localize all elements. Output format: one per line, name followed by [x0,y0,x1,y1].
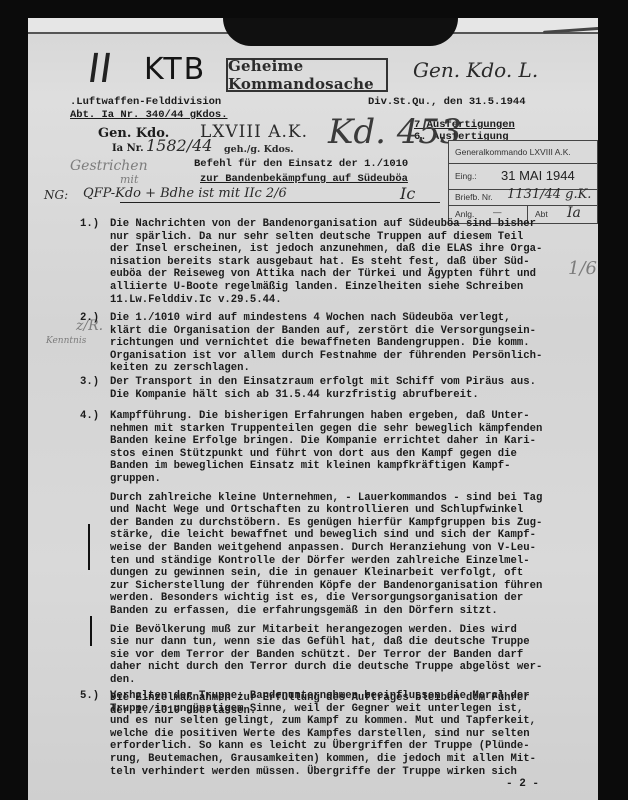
handwritten-margin-ref: NG: [44,188,68,202]
text-line: euböa der Reiseweg von Attika nach der T… [110,268,598,281]
paragraph-number: 1.) [80,218,99,231]
text-line: der Insel erscheinen, ist jedoch anzuneh… [110,243,598,256]
text-line: Banden im beweglichen Einsatz mit kleine… [110,460,598,473]
text-line: zur Sicherstellung der führenden Köpfe d… [110,580,598,593]
text-line: nisation bereits stark ausgebaut hat. Es… [110,256,598,269]
paragraph-4: 4.) Kampfführung. Die bisherigen Erfahru… [110,410,598,718]
handwritten-ic-mark: Ic [400,184,415,203]
text-line: und Nacht Wege und Ortschaften zu kontro… [110,504,598,517]
text-line: Die Kompanie hält sich ab 31.5.44 kurzfr… [110,389,598,402]
receipt-stamp-title: Generalkommando LXVIII A.K. [455,147,571,157]
text-line: welche die positiven Werte des Kampfes d… [110,728,598,741]
receipt-briefb-label: Briefb. Nr. [455,192,493,202]
text-line: erforderlich. So kann es leicht zu Überg… [110,740,598,753]
margin-bracket [90,616,92,646]
divider-line [120,202,440,203]
unit-reference: Abt. Ia Nr. 340/44 gKdos. [70,109,228,122]
handwritten-gen-kdo: Gen. Kdo. L. [413,58,538,82]
receipt-eing-date: 31 MAI 1944 [501,168,575,183]
text-line: Der Transport in den Einsatzraum erfolgt… [110,376,598,389]
text-line: 11.Lw.Felddiv.Ic v.29.5.44. [110,294,598,307]
text-line: nehmen mit starken Truppenteilen gegen d… [110,423,598,436]
handwritten-tally-marks: II [85,46,115,92]
text-line: dungen zu gewinnen sein, die in genauer … [110,567,598,580]
text-line: keiten zu zerschlagen. [110,362,598,375]
receipt-stamp: Generalkommando LXVIII A.K. Eing.: 31 MA… [448,140,598,224]
paragraph-3: 3.) Der Transport in den Einsatzraum erf… [110,376,598,401]
text-line: teln verhindert werden müssen. Übergriff… [110,766,598,779]
receipt-anlg-value: — [493,207,502,217]
text-line: Die Nachrichten von der Bandenorganisati… [110,218,598,231]
text-line: klärt die Organisation der Banden auf, z… [110,325,598,338]
text-line: Kampfführung. Die bisherigen Erfahrungen… [110,410,598,423]
paragraph-number: 2.) [80,312,99,325]
text-line: sie nur dann tun, wenn sie das Gefühl ha… [110,636,598,649]
text-line: Durch zahlreiche kleine Unternehmen, - L… [110,492,598,505]
text-line: den. [110,674,598,687]
paragraph-number: 4.) [80,410,99,423]
order-title-line-2: zur Bandenbekämpfung auf Südeuböa [200,173,408,186]
handwritten-ktb: KTB [144,52,206,87]
handwritten-ia-number: 1582/44 [146,136,212,155]
page-number: - 2 - [506,778,539,790]
text-line: Organisation ist vor allem durch Festnah… [110,350,598,363]
paragraph-5: 5.) Verhalten der Truppe: Bandenunterneh… [110,690,598,778]
paragraph-number: 3.) [80,376,99,389]
text-line: weise der Banden weitgehend anpassen. Du… [110,542,598,555]
handwritten-qfp-note: QFP-Kdo + Bdhe ist mit IIc 2/6 [83,186,287,201]
text-line: Banden keine Erfolge bringen. Die Kompan… [110,435,598,448]
text-line: Banden zu erfassen, die erfahrungsgemäß … [110,605,598,618]
handwritten-margin-note: Gestrichen [70,158,148,174]
corps-name: LXVIII A.K. [200,122,308,142]
handwritten-side-mark-2: Kenntnis [46,336,86,346]
paragraph-number: 5.) [80,690,99,703]
text-line: Truppe in ungünstigem Sinne, weil der Ge… [110,703,598,716]
text-line: Die Bevölkerung muß zur Mitarbeit herang… [110,624,598,637]
ia-nr-label: Ia Nr. [112,143,144,154]
text-line: gruppen. [110,473,598,486]
text-line: stärke, die leicht bewaffnet und bewegli… [110,529,598,542]
paragraph-1: 1.) Die Nachrichten von der Bandenorgani… [110,218,598,306]
receipt-briefb-value: 1131/44 g.K. [507,187,591,202]
place-date: Div.St.Qu., den 31.5.1944 [368,96,526,109]
text-line: nur spärlich. Da nur sehr selten deutsch… [110,231,598,244]
text-line: der Banden zu durchstöbern. Es genügen h… [110,517,598,530]
margin-bracket [88,524,90,570]
text-line: und es nur selten gelingt, zum Kampf zu … [110,715,598,728]
receipt-eing-label: Eing.: [455,171,477,181]
paper-clip [223,18,458,46]
text-line: alliierte U-Boote regelmäßig landen. Ein… [110,281,598,294]
handwritten-kd-number: Kd. 453 [328,112,462,152]
order-title-line-1: Befehl für den Einsatz der 1./1010 [194,158,408,171]
text-line: sie vor dem Terror der Banden schützt. D… [110,649,598,662]
text-line: stos einen Stützpunkt und führt von dort… [110,448,598,461]
text-line: Verhalten der Truppe: Bandenunternehmen … [110,690,598,703]
handwritten-margin-note-2: mit [120,173,138,186]
text-line: Die 1./1010 wird auf mindestens 4 Wochen… [110,312,598,325]
text-line: ten und ständige Kontrolle der Dörfer we… [110,555,598,568]
text-line: werden. Besonders wichtig ist es, die Ve… [110,592,598,605]
document-page: II KTB Geheime Kommandosache Gen. Kdo. L… [28,18,598,800]
paragraph-2: 2.) Die 1./1010 wird auf mindestens 4 Wo… [110,312,598,375]
secret-stamp: Geheime Kommandosache [226,58,388,92]
text-line: rung, Beutemachen, Grausamkeiten) kommen… [110,753,598,766]
secret-classification-label: geh./g. Kdos. [224,144,294,155]
text-line: richtungen und vernichtet die bewaffnete… [110,337,598,350]
text-line: daher nicht durch den Terror durch die d… [110,661,598,674]
unit-name: .Luftwaffen-Felddivision [70,96,221,109]
